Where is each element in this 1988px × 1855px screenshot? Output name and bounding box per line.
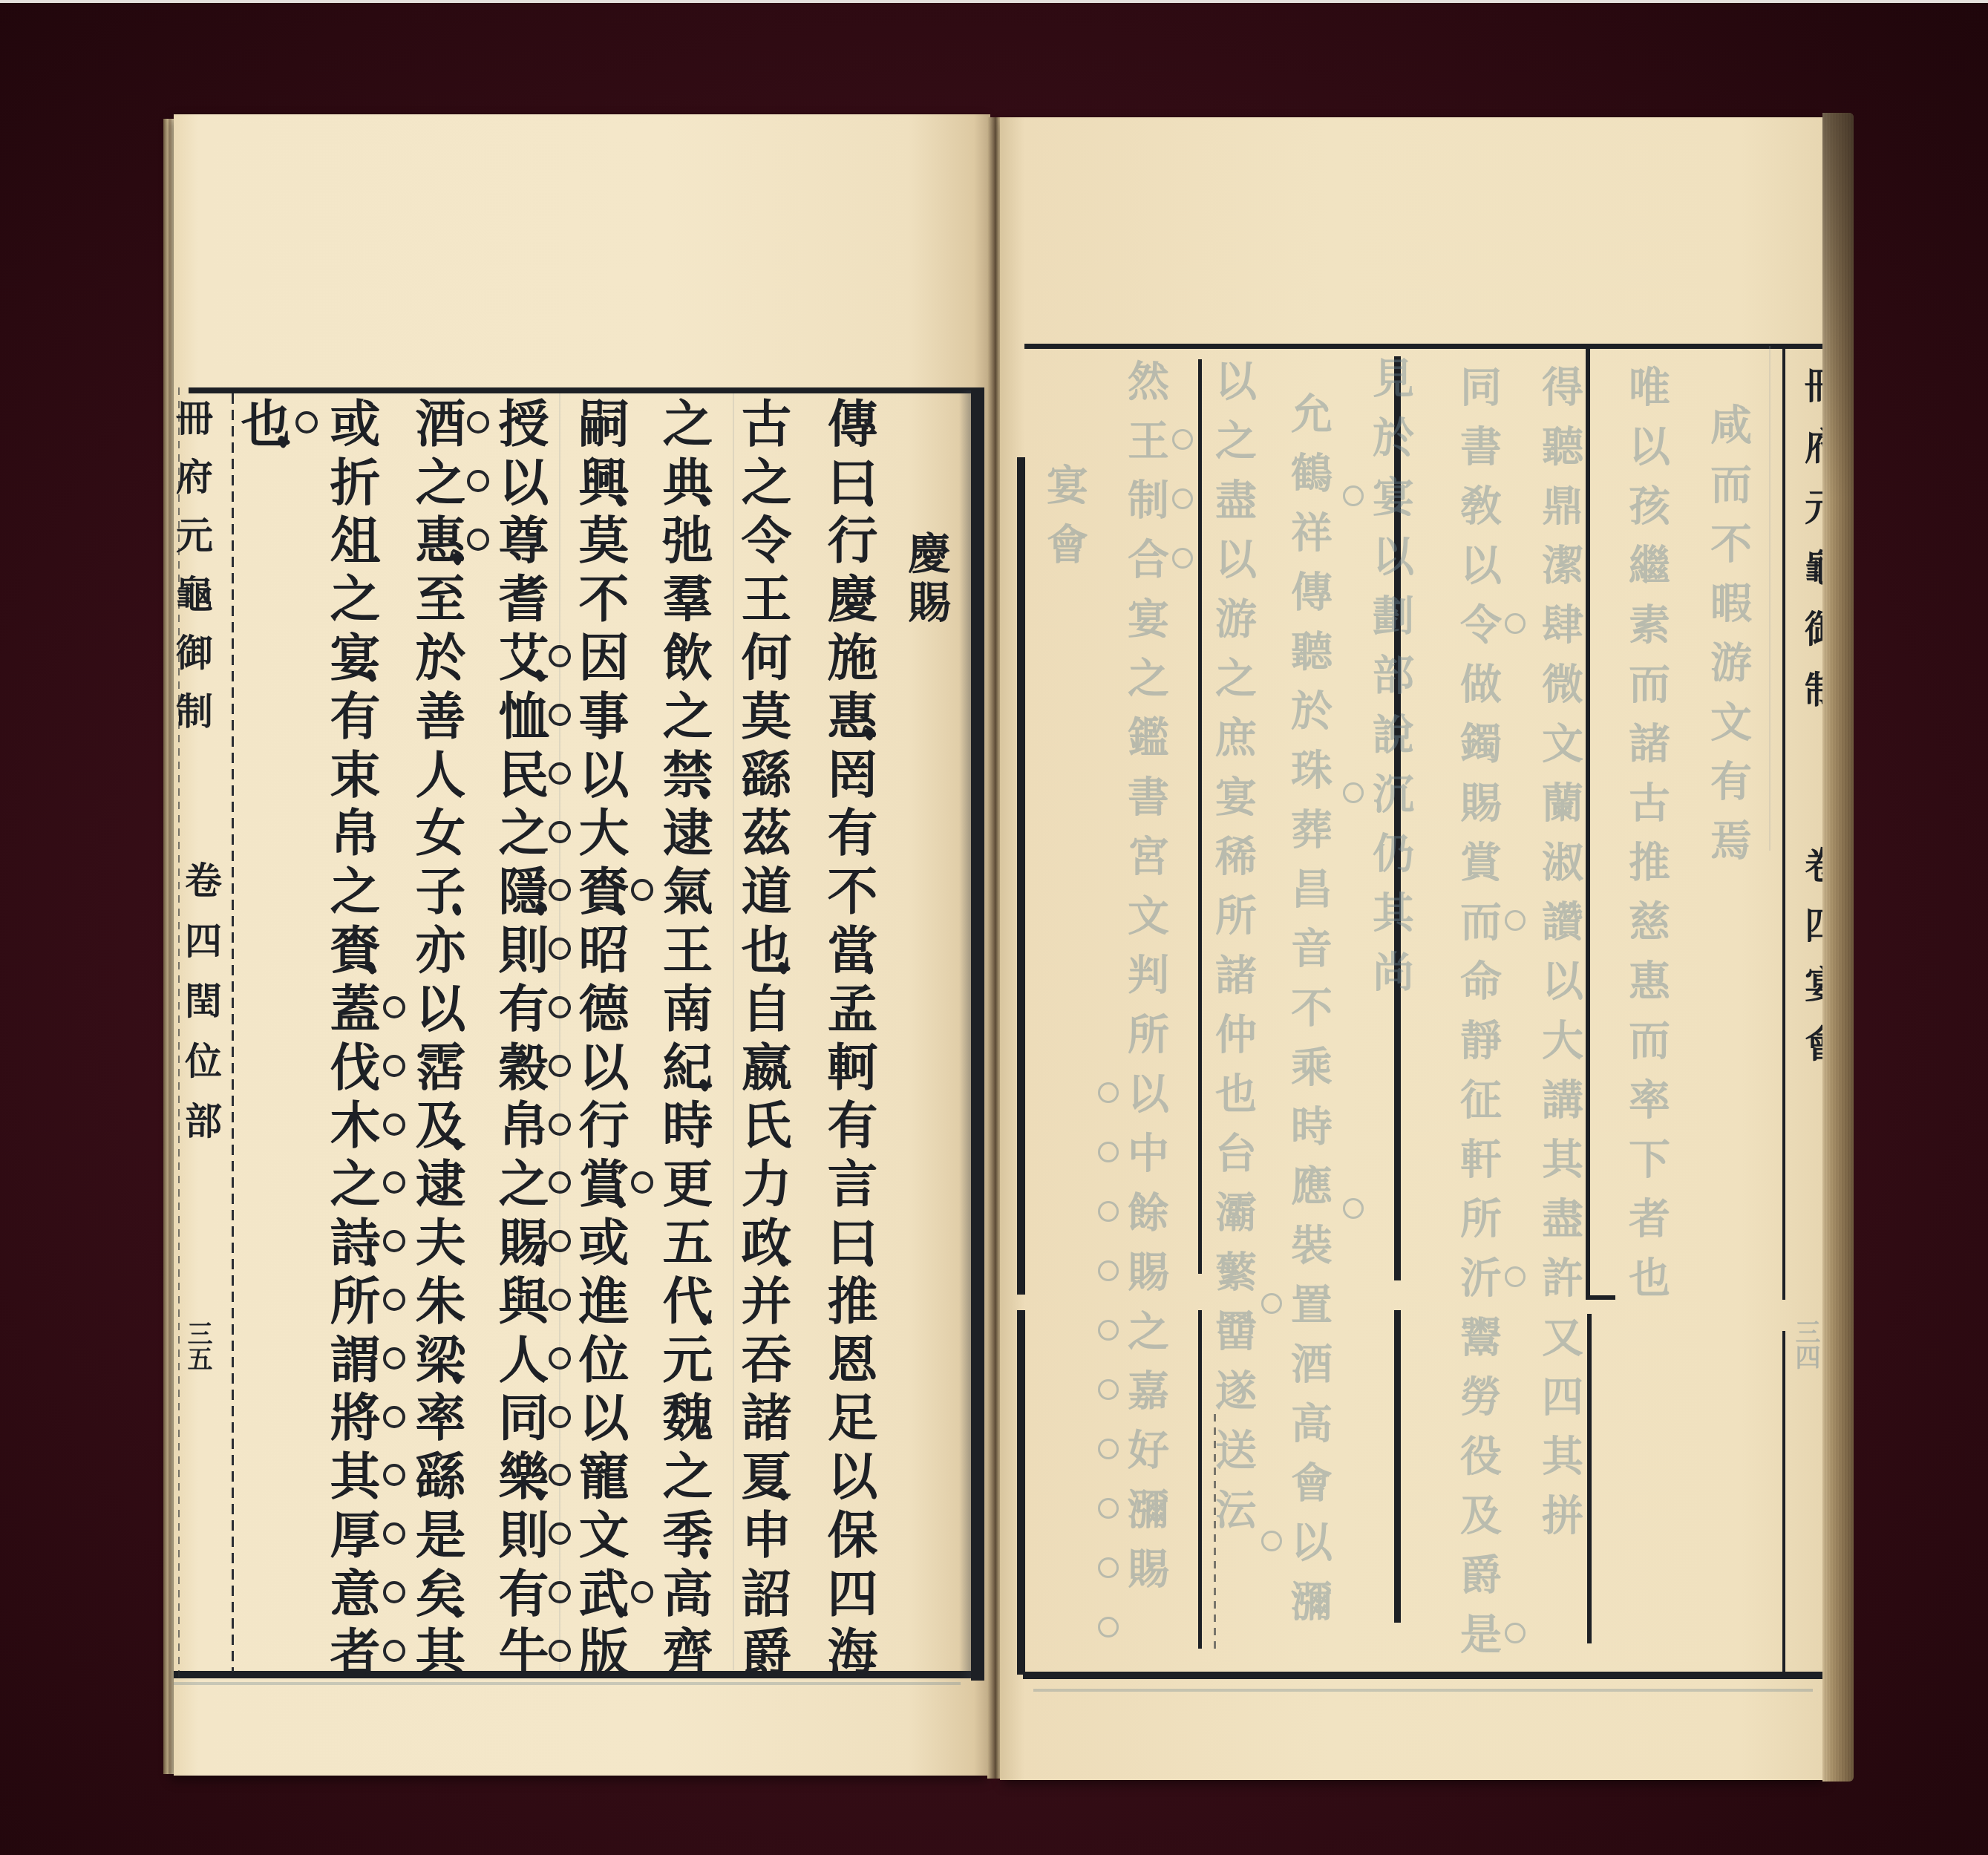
faint-text-column: 唯以孩繼素而諸古推慈惠而率下者也 xyxy=(1617,365,1676,1315)
faint-circle-mark xyxy=(1172,548,1193,569)
page-number: 三五 xyxy=(184,1321,211,1371)
volume-label: 卷四 xyxy=(1799,846,1822,965)
banxin-book-title: 冊府元龜御制 xyxy=(1800,366,1822,731)
frame-bottom-shadow-line xyxy=(1033,1689,1813,1692)
right-page: 咸而不暇游文有焉 唯以孩繼素而諸古推慈惠而率下者也 得聽鼎潔肆微文蘭淑讚以大講其… xyxy=(1000,117,1822,1780)
text-column: 嗣興莫不因事以大賚昭德以行賞或進位以寵文武版 xyxy=(570,397,630,1684)
section-label: 宴會 xyxy=(1799,965,1822,1084)
circle-mark xyxy=(467,411,489,434)
circle-mark xyxy=(383,1522,405,1545)
column-rule-jog xyxy=(1586,1295,1615,1300)
book-title: 冊府元龜 xyxy=(174,399,214,633)
circle-mark xyxy=(467,470,489,492)
faint-text-column: 同書敎以令做鐲賜賞而命靜征軒所沂鬻勞役及爵是 xyxy=(1448,365,1508,1672)
frame-left-border xyxy=(1017,457,1025,1295)
frame-bottom-line xyxy=(1023,1672,1822,1679)
banxin-inner-line xyxy=(232,393,234,1672)
circle-mark xyxy=(631,1171,653,1194)
faint-text-column: 咸而不暇游文有焉 xyxy=(1698,403,1758,878)
column-guide-line xyxy=(559,393,560,1670)
faint-circle-mark xyxy=(1505,613,1526,634)
frame-top-line xyxy=(189,387,984,393)
text-column: 授以尊耆艾恤民之隱則有穀帛之賜與人同樂則有牛 xyxy=(490,397,549,1684)
page-stack-shadow xyxy=(1822,113,1854,499)
circle-mark xyxy=(383,1347,405,1370)
circle-mark xyxy=(383,996,405,1018)
faint-circle-mark xyxy=(1172,429,1193,450)
section-label: 閏位部 xyxy=(179,981,223,1162)
column-rule xyxy=(1198,1310,1202,1649)
column-rule-heavy xyxy=(1394,1310,1401,1623)
circle-mark xyxy=(383,1230,405,1252)
text-column: 傳曰行慶施惠罔有不當孟軻有言曰推恩足以保四海 xyxy=(819,397,878,1684)
page-number: 三四 xyxy=(1792,1319,1819,1370)
faint-circle-mark xyxy=(1505,1266,1526,1287)
faint-text-column: 然王制合宴之鑑書宮文判所以中餘賜之嘉好瀰賜 xyxy=(1116,359,1175,1606)
book-title: 冊府元龜 xyxy=(1799,366,1822,609)
faint-section-end-label: 宴會 xyxy=(1035,463,1094,582)
faint-circle-mark xyxy=(1172,488,1193,509)
banxin-border-line xyxy=(1782,346,1785,1300)
circle-mark xyxy=(383,1289,405,1311)
circle-mark xyxy=(383,1406,405,1428)
left-page: 冊府元龜御制 卷四閏位部 三五 慶賜 傳曰行慶施惠罔有不當孟軻有言曰推恩足以保四… xyxy=(174,114,990,1776)
faint-circle-mark xyxy=(1343,1198,1364,1219)
title-suffix: 御制 xyxy=(1799,609,1822,731)
circle-mark xyxy=(631,1581,653,1603)
image-top-border xyxy=(0,0,1988,3)
volume-label: 卷四 xyxy=(179,861,223,981)
text-column: 之典弛羣飲之禁逮氣王南紀時更五代元魏之季高齊 xyxy=(654,397,713,1684)
circle-mark xyxy=(383,1171,405,1194)
circle-mark xyxy=(295,411,318,434)
banxin-volume-section: 卷四宴會 xyxy=(1800,846,1822,1084)
faint-text-column: 得聽鼎潔肆微文蘭淑讚以大講其盡許又四其拼 xyxy=(1530,365,1589,1553)
faint-text-column: 以之盡以游之庶宴稀所諸仲也台灞蘩羀遂送沄 xyxy=(1203,359,1263,1547)
circle-mark xyxy=(467,529,489,551)
frame-right-border-smudge xyxy=(959,390,971,1678)
maroon-cloth-background: 冊府元龜御制 卷四閏位部 三五 慶賜 傳曰行慶施惠罔有不當孟軻有言曰推恩足以保四… xyxy=(0,0,1988,1855)
circle-mark xyxy=(383,1113,405,1136)
faint-text-column: 允鶴祥傳聽於珠葬昌音不乘時應裝置酒高會以瀰 xyxy=(1279,392,1338,1639)
text-column: 酒之惠至於善人女子亦以霑及逮夫朱梁率繇是矣其 xyxy=(407,397,466,1684)
frame-top-line xyxy=(1024,344,1822,349)
text-column: 也 xyxy=(232,397,292,456)
banxin-border-line xyxy=(1782,1331,1785,1674)
faint-text-column: 見於宴以劃部說沉仍其尚 xyxy=(1361,356,1420,1010)
text-column: 或折俎之宴有束帛之賚蓋伐木之詩所謂將其厚意者 xyxy=(321,397,381,1684)
circle-mark xyxy=(383,1055,405,1077)
frame-right-border xyxy=(971,387,984,1681)
circle-mark xyxy=(383,1640,405,1662)
title-suffix: 御制 xyxy=(174,633,214,750)
circle-mark xyxy=(383,1581,405,1603)
text-column: 古之令王何莫繇茲道也自嬴氏力政并吞諸夏申詔爵 xyxy=(733,397,792,1684)
faint-circle-mark xyxy=(1098,1617,1119,1638)
faint-circle-mark xyxy=(1505,910,1526,931)
circle-mark xyxy=(631,879,653,901)
column-guide-line xyxy=(1769,346,1770,851)
column-rule xyxy=(1198,359,1202,1274)
section-heading: 慶賜 xyxy=(902,531,949,629)
banxin-volume-section: 卷四閏位部 xyxy=(180,861,220,1162)
frame-left-border xyxy=(1017,1310,1025,1675)
banxin-book-title: 冊府元龜御制 xyxy=(174,399,212,750)
faint-circle-mark xyxy=(1505,1623,1526,1643)
circle-mark xyxy=(383,1464,405,1486)
